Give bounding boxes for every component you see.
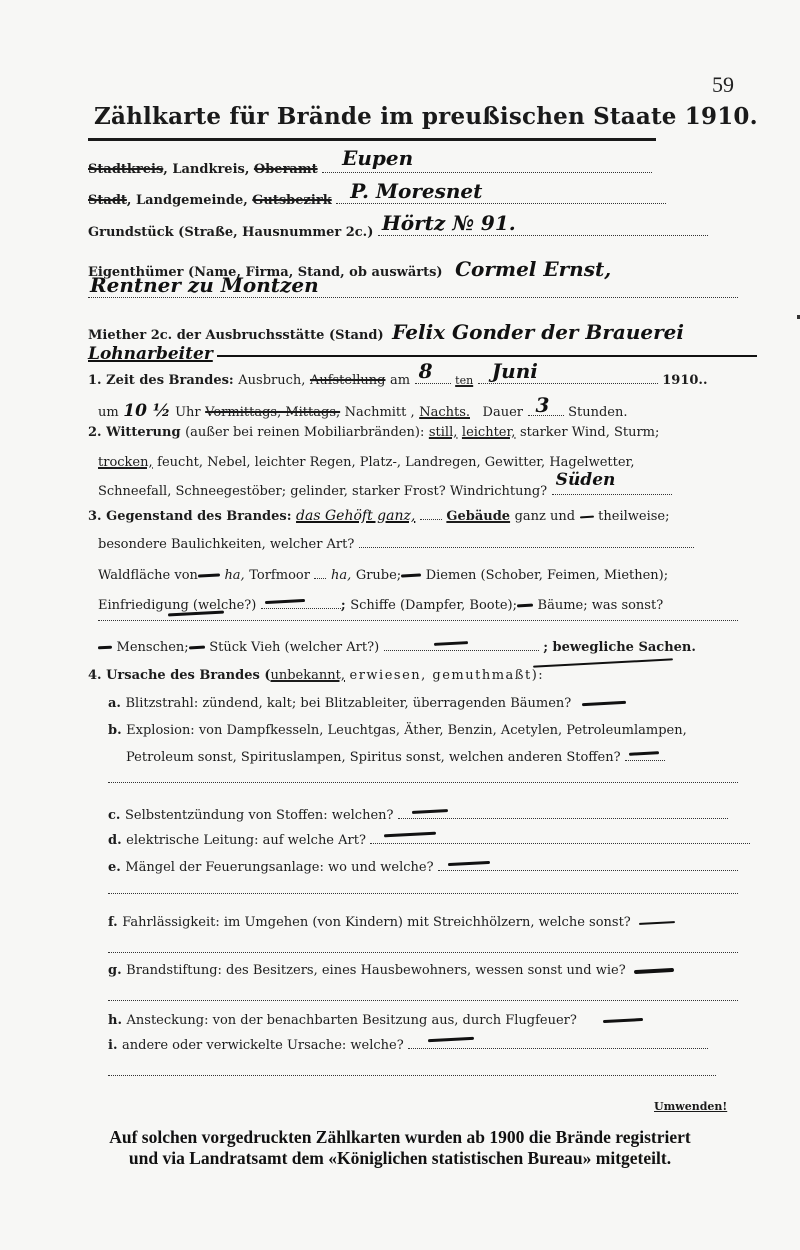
dash-mark [198,573,220,577]
item-key: a. [108,696,121,711]
item-text: Explosion: von Dampfkesseln, Leuchtgas, … [126,723,687,738]
label: erwiesen, gemuthmaßt): [350,668,545,683]
andere-ursache-field[interactable] [408,1038,708,1049]
label: ten [455,374,473,387]
miether-value[interactable]: Felix Gonder der Brauerei [392,320,684,344]
label: Dauer [483,405,523,420]
cause-b: b. Explosion: von Dampfkesseln, Leuchtga… [108,723,687,738]
torf-field[interactable] [314,568,326,579]
label: feucht, Nebel, leichter Regen, Platz-, L… [157,455,634,470]
label: ganz und [515,509,576,524]
cause-c: c. Selbstentzündung von Stoffen: welchen… [108,808,728,823]
section3-row2: besondere Baulichkeiten, welcher Art? [98,537,694,552]
section2-row1: 2. Witterung (außer bei reinen Mobiliarb… [88,425,659,440]
vieh-field[interactable] [384,640,539,651]
duration-value: 3 [536,393,550,417]
dash-mark [384,832,436,838]
section4-heading: 4. Ursache des Brandes (unbekannt, erwie… [88,668,544,683]
selbstentzuendung-field[interactable] [398,808,728,819]
feuerung-field-2[interactable] [108,893,738,894]
label: Diemen (Schober, Feimen, Miethen); [426,568,668,583]
item-key: i. [108,1038,117,1053]
item-key: e. [108,860,121,875]
day-field[interactable]: 8 [415,373,451,384]
year: 1910.. [662,373,707,388]
explosion-field[interactable] [625,750,665,761]
dash-mark [98,646,112,650]
item-text: Blitzstrahl: zündend, kalt; bei Blitzabl… [125,696,571,711]
section-label: 3. Gegenstand des Brandes: [88,509,292,524]
month-field[interactable]: Juni [478,373,658,384]
underlined-choice: leichter, [462,425,516,440]
duration-field[interactable]: 3 [528,405,564,416]
fahrlaessigkeit-field[interactable] [108,952,738,953]
miether-value-2[interactable]: Lohnarbeiter [88,344,213,364]
dash-mark [412,809,448,814]
brandstiftung-field[interactable] [108,1000,738,1001]
underlined-choice: Gebäude [446,509,510,524]
label: Bäume; was sonst? [538,598,664,613]
dash-mark [434,641,468,646]
label: Ausbruch, [238,373,305,388]
leitung-field[interactable] [370,833,750,844]
label: besondere Baulichkeiten, welcher Art? [98,537,354,552]
struck-label: Stadt [88,193,127,208]
andere-ursache-field-2[interactable] [108,1075,716,1076]
label: starker Wind, Sturm; [520,425,659,440]
dash-mark [189,646,205,650]
label: Stück Vieh (welcher Art?) [209,640,379,655]
card-title: Zählkarte für Brände im preußischen Staa… [94,103,758,130]
unit: ha, [224,568,244,583]
cause-e: e. Mängel der Feuerungsanlage: wo und we… [108,860,738,875]
gemeinde-row: Stadt, Landgemeinde, Gutsbezirk P. Mores… [88,193,666,208]
item-text: Selbstentzündung von Stoffen: welchen? [125,808,394,823]
dash-mark [639,921,675,925]
label: Torfmoor [249,568,310,583]
dash-mark [448,861,490,866]
dash-mark [580,515,594,518]
underlined-choice: still, [429,425,458,440]
section2-row3: Schneefall, Schneegestöber; gelinder, st… [98,484,672,499]
dash-mark [629,751,659,756]
label: Waldfläche von [98,568,198,583]
label: (außer bei reinen Mobiliarbränden): [185,425,424,440]
item-text: Petroleum sonst, Spirituslampen, Spiritu… [126,750,621,765]
item-text: Ansteckung: von der benachbarten Besitzu… [127,1013,577,1028]
gehoeft-value[interactable]: das Gehöft ganz, [296,508,415,524]
unit: ha, [331,568,351,583]
section1-row1: 1. Zeit des Brandes: Ausbruch, Aufstellu… [88,373,707,388]
gemeinde-value: P. Moresnet [350,179,482,203]
dots [420,509,442,520]
label: , Landkreis, [163,162,254,177]
section-label: 1. Zeit des Brandes: [88,373,234,388]
label: am [390,373,410,388]
explosion-field-2[interactable] [108,782,738,783]
cause-h: h. Ansteckung: von der benachbarten Besi… [108,1013,643,1028]
label: Schiffe (Dampfer, Boote); [350,598,517,613]
underlined-choice: unbekannt, [270,668,345,683]
underlined-choice: Nachts. [419,405,470,420]
section1-row2: um 10 ½ Uhr Vormittags, Mittags, Nachmit… [98,401,627,421]
page-number: 59 [712,72,734,98]
label: Nachmitt , [345,405,415,420]
label: Stunden. [568,405,627,420]
kreis-row: Stadtkreis, Landkreis, Oberamt Eupen [88,162,652,177]
gemeinde-field[interactable]: P. Moresnet [336,193,666,204]
grundstueck-field[interactable]: Hörtz № 91. [378,225,708,236]
dash-mark [517,604,533,608]
grundstueck-row: Grundstück (Straße, Hausnummer 2c.) Hört… [88,225,708,240]
section2-row2: trocken, feucht, Nebel, leichter Regen, … [98,455,634,470]
windrichtung-field[interactable]: Süden [552,484,672,495]
feuerung-field[interactable] [438,860,738,871]
dash-mark [582,701,626,706]
section3-row4: Einfriedigung (welche?) ; Schiffe (Dampf… [98,598,663,613]
title-underline [88,138,656,141]
label: Grube; [356,568,401,583]
windrichtung-value: Süden [556,470,616,490]
dash-mark [401,573,421,577]
cause-i: i. andere oder verwickelte Ursache: welc… [108,1038,708,1053]
eigenthuemer-field-2[interactable]: Rentner zu Montzen [88,287,738,298]
label: , Landgemeinde, [127,193,252,208]
cause-d: d. elektrische Leitung: auf welche Art? [108,833,750,848]
hour-value[interactable]: 10 ½ [123,401,170,421]
label: ; bewegliche Sachen. [543,640,696,655]
dash-mark [603,1018,643,1023]
kreis-field[interactable]: Eupen [322,162,652,173]
label: Menschen; [117,640,189,655]
label: Uhr [175,405,201,420]
cause-f: f. Fahrlässigkeit: im Umgehen (von Kinde… [108,915,675,930]
dash-mark [428,1037,474,1042]
eigenthuemer-value-2: Rentner zu Montzen [90,273,319,297]
cause-b-cont: Petroleum sonst, Spirituslampen, Spiritu… [126,750,665,765]
item-key: b. [108,723,122,738]
caption: Auf solchen vorgedruckten Zählkarten wur… [0,1127,800,1169]
item-text: andere oder verwickelte Ursache: welche? [122,1038,404,1053]
bauten-field[interactable] [359,537,694,548]
sonst-field[interactable] [98,620,738,621]
eigenthuemer-value[interactable]: Cormel Ernst, [455,257,611,281]
section3-row3: Waldfläche von ha, Torfmoor ha, Grube; D… [98,568,668,583]
miether-row: Miether 2c. der Ausbruchsstätte (Stand) … [88,320,684,344]
caption-line-1: Auf solchen vorgedruckten Zählkarten wur… [0,1127,800,1148]
label: theilweise; [598,509,669,524]
kreis-value: Eupen [342,146,413,170]
item-text: Mängel der Feuerungsanlage: wo und welch… [125,860,433,875]
label: Miether 2c. der Ausbruchsstätte (Stand) [88,328,384,343]
item-text: Brandstiftung: des Besitzers, eines Haus… [126,963,626,978]
miether-rule [217,355,757,357]
grundstueck-value: Hörtz № 91. [382,211,516,235]
item-key: c. [108,808,120,823]
item-key: g. [108,963,122,978]
label: Schneefall, Schneegestöber; gelinder, st… [98,484,547,499]
cause-a: a. Blitzstrahl: zündend, kalt; bei Blitz… [108,696,626,711]
struck-label: Gutsbezirk [252,193,331,208]
struck-label: Stadtkreis [88,162,163,177]
label: Grundstück (Straße, Hausnummer 2c.) [88,225,373,240]
eigenthuemer-row-2: Rentner zu Montzen [88,287,738,302]
dash-mark [533,658,673,667]
item-key: f. [108,915,118,930]
item-text: Fahrlässigkeit: im Umgehen (von Kindern)… [122,915,631,930]
struck-label: Oberamt [254,162,318,177]
day-value: 8 [419,359,433,383]
caption-line-2: und via Landratsamt dem «Königlichen sta… [0,1148,800,1169]
einfriedigung-field[interactable] [261,598,341,609]
cause-g: g. Brandstiftung: des Besitzers, eines H… [108,963,674,978]
struck-label: Vormittags, Mittags, [205,405,340,420]
section3-row1: 3. Gegenstand des Brandes: das Gehöft ga… [88,508,670,524]
section-label: 4. Ursache des Brandes [88,668,260,683]
turn-over-note: Umwenden! [654,1100,727,1113]
month-value: Juni [492,359,538,383]
section3-row5: Menschen; Stück Vieh (welcher Art?) ; be… [98,640,696,655]
struck-label: Aufstellung [310,373,386,388]
section-label: 2. Witterung [88,425,181,440]
dash-mark [265,599,305,604]
label: um [98,405,119,420]
item-text: elektrische Leitung: auf welche Art? [126,833,366,848]
item-key: h. [108,1013,122,1028]
item-key: d. [108,833,122,848]
dash-mark [634,967,674,973]
label: Einfriedigung (welche?) [98,598,256,613]
underlined-choice: trocken, [98,455,153,470]
